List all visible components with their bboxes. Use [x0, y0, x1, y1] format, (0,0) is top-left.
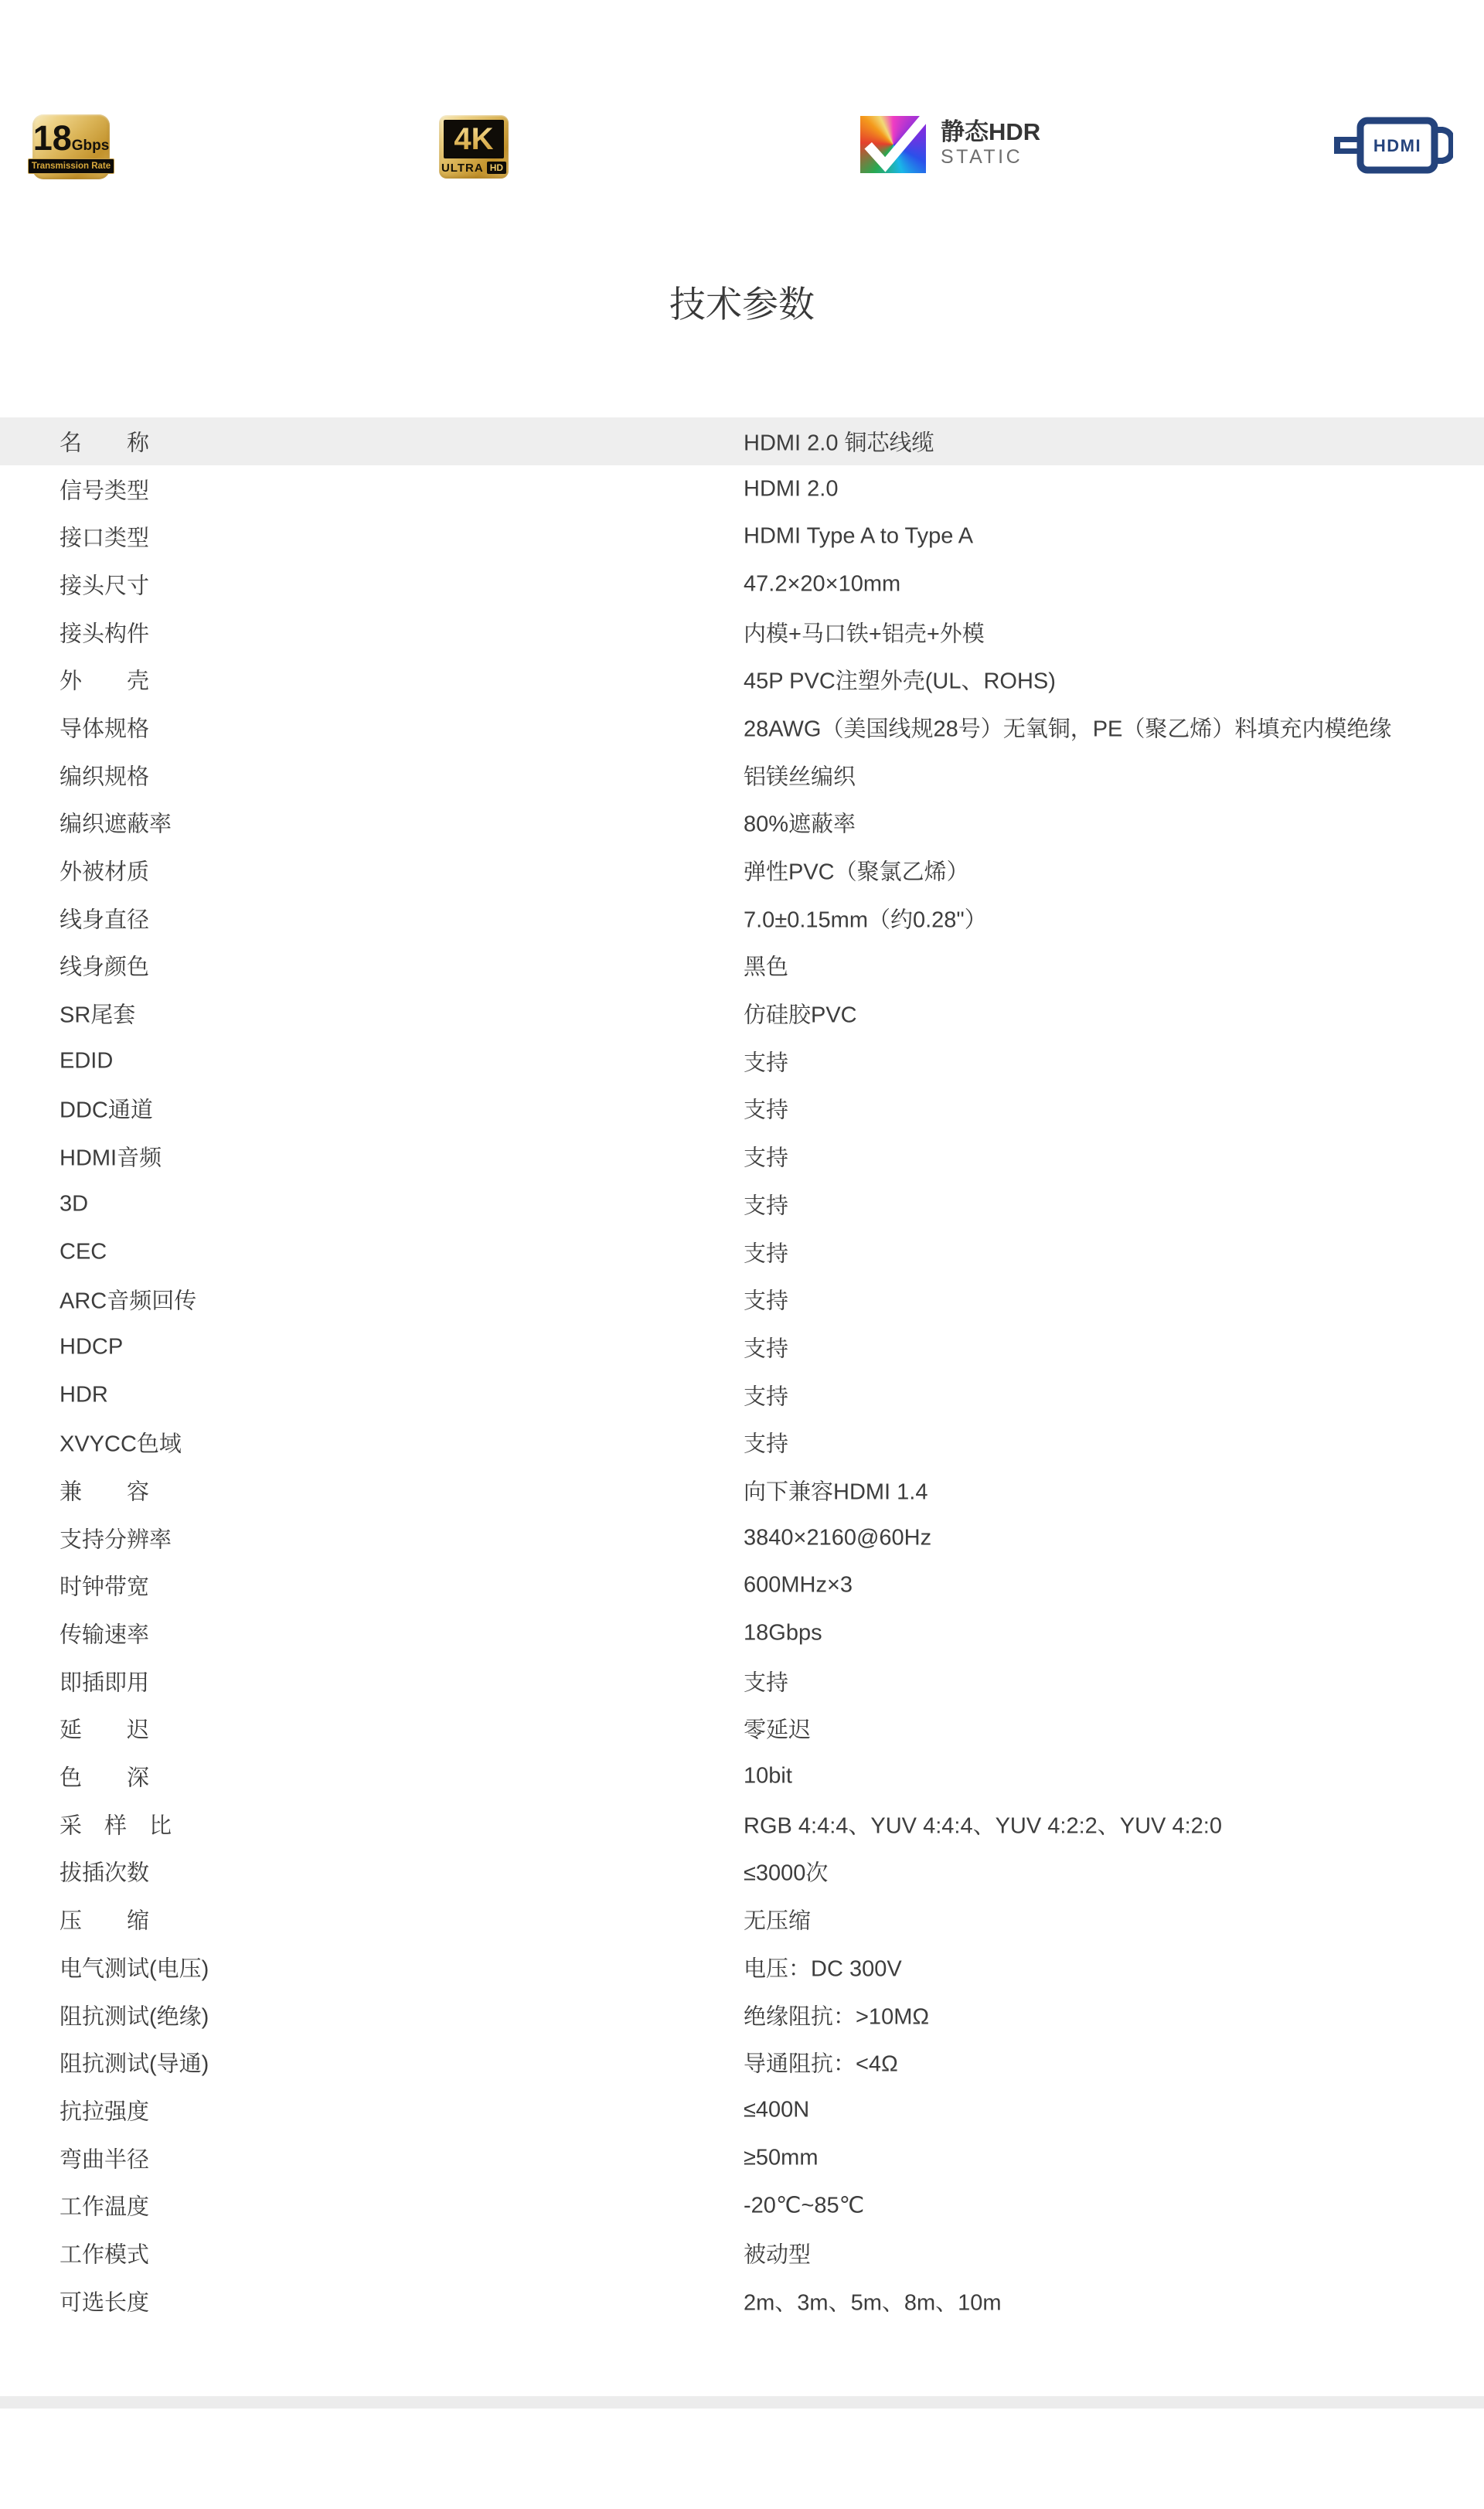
hdmi-plug-icon: HDMI [1333, 117, 1453, 174]
badge-4k-ultra-hd: 4K ULTRA HD [439, 115, 509, 179]
spec-value: 仿硅胶PVC [744, 998, 857, 1030]
spec-value: 支持 [744, 1665, 788, 1697]
table-row: HDR 支持 [0, 1371, 1484, 1419]
table-row: HDMI音频 支持 [0, 1132, 1484, 1180]
check-icon [860, 116, 926, 173]
spec-value: ≤3000次 [744, 1856, 828, 1888]
table-row: 兼 容 向下兼容HDMI 1.4 [0, 1466, 1484, 1514]
badge-18gbps-value: 18 Gbps [33, 121, 110, 155]
hdr-title: 静态HDR [941, 119, 1040, 145]
table-row: 接口类型 HDMI Type A to Type A [0, 512, 1484, 560]
hdr-badge-text: 静态HDR STATIC [941, 116, 1040, 167]
spec-value: 80%遮蔽率 [744, 807, 856, 839]
spec-value: 无压缩 [744, 1904, 811, 1935]
spec-label: 时钟带宽 [60, 1570, 149, 1602]
spec-label: 弯曲半径 [60, 2142, 149, 2174]
spec-value: ≤400N [744, 2097, 809, 2123]
spec-label: 接头尺寸 [60, 568, 149, 600]
table-row: HDCP 支持 [0, 1323, 1484, 1371]
spec-label: HDR [60, 1382, 108, 1408]
table-row: 导体规格 28AWG（美国线规28号）无氧铜，PE（聚乙烯）料填充内模绝缘 [0, 703, 1484, 751]
spec-value: 铝镁丝编织 [744, 759, 856, 791]
table-row: 线身颜色 黑色 [0, 942, 1484, 990]
table-row: 3D 支持 [0, 1180, 1484, 1228]
badge-ultra-text: ULTRA [441, 162, 484, 174]
table-row: 采 样 比 RGB 4:4:4、YUV 4:4:4、YUV 4:2:2、YUV … [0, 1800, 1484, 1848]
table-row: 外 壳 45P PVC注塑外壳(UL、ROHS) [0, 655, 1484, 703]
spec-label: 即插即用 [60, 1665, 149, 1697]
section-divider [0, 2396, 1484, 2409]
hdr-subtitle: STATIC [941, 148, 1040, 167]
spec-label: ARC音频回传 [60, 1284, 196, 1316]
table-row: 传输速率 18Gbps [0, 1609, 1484, 1657]
spec-label: 编织规格 [60, 759, 149, 791]
table-row: 工作温度 -20℃~85℃ [0, 2181, 1484, 2229]
spec-value: 支持 [744, 1331, 788, 1363]
spec-value: HDMI Type A to Type A [744, 524, 973, 550]
spec-label: 接头构件 [60, 616, 149, 648]
spec-value: 18Gbps [744, 1621, 822, 1646]
badge-4k-text: 4K [454, 124, 493, 155]
table-row: XVYCC色域 支持 [0, 1418, 1484, 1466]
table-row: 弯曲半径 ≥50mm [0, 2134, 1484, 2182]
spec-value: 3840×2160@60Hz [744, 1525, 931, 1551]
spec-value: 支持 [744, 1284, 788, 1316]
spec-label: 兼 容 [60, 1474, 149, 1506]
table-row: CEC 支持 [0, 1228, 1484, 1276]
hdr-rainbow-check-icon [860, 116, 926, 173]
spec-label: HDCP [60, 1334, 123, 1360]
table-row: 延 迟 零延迟 [0, 1705, 1484, 1753]
spec-label: 阻抗测试(绝缘) [60, 1999, 209, 2031]
spec-value: 黑色 [744, 950, 788, 982]
svg-text:HDMI: HDMI [1373, 136, 1421, 155]
spec-label: 压 缩 [60, 1904, 149, 1935]
spec-label: 传输速率 [60, 1618, 149, 1649]
spec-value: 支持 [744, 1141, 788, 1173]
badge-18gbps: 18 Gbps Transmission Rate [32, 114, 110, 179]
spec-label: 接口类型 [60, 521, 149, 553]
table-row: ARC音频回传 支持 [0, 1275, 1484, 1323]
spec-value: RGB 4:4:4、YUV 4:4:4、YUV 4:2:2、YUV 4:2:0 [744, 1808, 1222, 1840]
spec-label: 阻抗测试(导通) [60, 2047, 209, 2078]
spec-value: 600MHz×3 [744, 1573, 853, 1598]
spec-value: 支持 [744, 1427, 788, 1459]
table-row: 抗拉强度 ≤400N [0, 2086, 1484, 2134]
spec-label: 名 称 [60, 425, 149, 457]
table-row: 电气测试(电压) 电压：DC 300V [0, 1943, 1484, 1991]
spec-label: 抗拉强度 [60, 2094, 149, 2126]
spec-value: 绝缘阻抗：>10MΩ [744, 1999, 929, 2031]
spec-value: 7.0±0.15mm（约0.28"） [744, 902, 987, 934]
spec-value: 支持 [744, 1093, 788, 1125]
table-row: 阻抗测试(导通) 导通阻抗：<4Ω [0, 2038, 1484, 2086]
spec-label: EDID [60, 1048, 113, 1074]
spec-value: 支持 [744, 1236, 788, 1268]
spec-value: 47.2×20×10mm [744, 571, 900, 597]
badge-4k-panel: 4K [444, 120, 504, 158]
table-row: 拔插次数 ≤3000次 [0, 1848, 1484, 1896]
spec-label: 电气测试(电压) [60, 1951, 209, 1983]
spec-value: 被动型 [744, 2237, 811, 2269]
bandwidth-unit: Gbps [72, 138, 110, 153]
table-row: SR尾套 仿硅胶PVC [0, 989, 1484, 1037]
spec-label: 支持分辨率 [60, 1522, 172, 1554]
spec-value: ≥50mm [744, 2145, 819, 2170]
spec-label: 信号类型 [60, 473, 149, 505]
spec-value: 导通阻抗：<4Ω [744, 2047, 898, 2078]
table-row: 外被材质 弹性PVC（聚氯乙烯） [0, 846, 1484, 894]
table-row: 名 称 HDMI 2.0 铜芯线缆 [0, 417, 1484, 465]
table-row: 接头尺寸 47.2×20×10mm [0, 560, 1484, 608]
spec-label: 线身直径 [60, 902, 149, 934]
table-row: 色 深 10bit [0, 1752, 1484, 1800]
hdmi-connector-icon: HDMI [1333, 117, 1453, 174]
table-row: 工作模式 被动型 [0, 2229, 1484, 2277]
spec-value: 2m、3m、5m、8m、10m [744, 2285, 1002, 2317]
spec-label: 工作模式 [60, 2237, 149, 2269]
spec-label: 外 壳 [60, 664, 149, 696]
table-row: 时钟带宽 600MHz×3 [0, 1562, 1484, 1610]
spec-table: 名 称 HDMI 2.0 铜芯线缆 信号类型 HDMI 2.0 接口类型 HDM… [0, 417, 1484, 2325]
spec-value: 28AWG（美国线规28号）无氧铜，PE（聚乙烯）料填充内模绝缘 [744, 711, 1391, 743]
table-row: 阻抗测试(绝缘) 绝缘阻抗：>10MΩ [0, 1991, 1484, 2039]
spec-label: 外被材质 [60, 855, 149, 887]
spec-value: 内模+马口铁+铝壳+外模 [744, 616, 985, 648]
spec-label: 可选长度 [60, 2285, 149, 2317]
table-row: 可选长度 2m、3m、5m、8m、10m [0, 2277, 1484, 2325]
table-row: 信号类型 HDMI 2.0 [0, 465, 1484, 513]
table-row: EDID 支持 [0, 1037, 1484, 1085]
spec-value: 支持 [744, 1045, 788, 1077]
spec-value: 零延迟 [744, 1713, 811, 1745]
badge-static-hdr: 静态HDR STATIC [860, 116, 1040, 173]
badge-hd-text: HD [487, 162, 506, 174]
spec-value: HDMI 2.0 铜芯线缆 [744, 425, 934, 457]
table-row: 线身直径 7.0±0.15mm（约0.28"） [0, 894, 1484, 942]
spec-value: 10bit [744, 1764, 792, 1789]
bandwidth-caption: Transmission Rate [28, 158, 114, 174]
spec-value: 支持 [744, 1188, 788, 1220]
spec-label: SR尾套 [60, 998, 135, 1030]
spec-label: DDC通道 [60, 1093, 153, 1125]
spec-label: HDMI音频 [60, 1141, 162, 1173]
product-spec-page: 18 Gbps Transmission Rate 4K ULTRA HD 静态… [0, 0, 1484, 2509]
spec-label: 3D [60, 1191, 88, 1217]
spec-value: 电压：DC 300V [744, 1951, 902, 1983]
spec-value: 45P PVC注塑外壳(UL、ROHS) [744, 664, 1056, 696]
spec-value: 向下兼容HDMI 1.4 [744, 1474, 927, 1506]
bandwidth-number: 18 [33, 121, 72, 155]
spec-label: 工作温度 [60, 2190, 149, 2221]
table-row: 支持分辨率 3840×2160@60Hz [0, 1514, 1484, 1562]
spec-label: 延 迟 [60, 1713, 149, 1745]
spec-value: 支持 [744, 1379, 788, 1411]
table-row: 编织遮蔽率 80%遮蔽率 [0, 799, 1484, 847]
table-row: DDC通道 支持 [0, 1085, 1484, 1133]
table-row: 即插即用 支持 [0, 1657, 1484, 1705]
table-row: 压 缩 无压缩 [0, 1895, 1484, 1943]
spec-label: CEC [60, 1239, 107, 1265]
spec-value: HDMI 2.0 [744, 476, 838, 502]
table-row: 编织规格 铝镁丝编织 [0, 751, 1484, 799]
spec-label: 编织遮蔽率 [60, 807, 172, 839]
spec-label: 导体规格 [60, 711, 149, 743]
spec-label: 采 样 比 [60, 1808, 172, 1840]
spec-label: 线身颜色 [60, 950, 149, 982]
badge-4k-subrow: ULTRA HD [444, 158, 504, 174]
page-title: 技术参数 [0, 283, 1484, 326]
table-row: 接头构件 内模+马口铁+铝壳+外模 [0, 608, 1484, 656]
spec-label: 色 深 [60, 1761, 149, 1792]
spec-label: XVYCC色域 [60, 1427, 182, 1459]
spec-value: -20℃~85℃ [744, 2192, 864, 2219]
spec-label: 拔插次数 [60, 1856, 149, 1888]
spec-value: 弹性PVC（聚氯乙烯） [744, 855, 969, 887]
